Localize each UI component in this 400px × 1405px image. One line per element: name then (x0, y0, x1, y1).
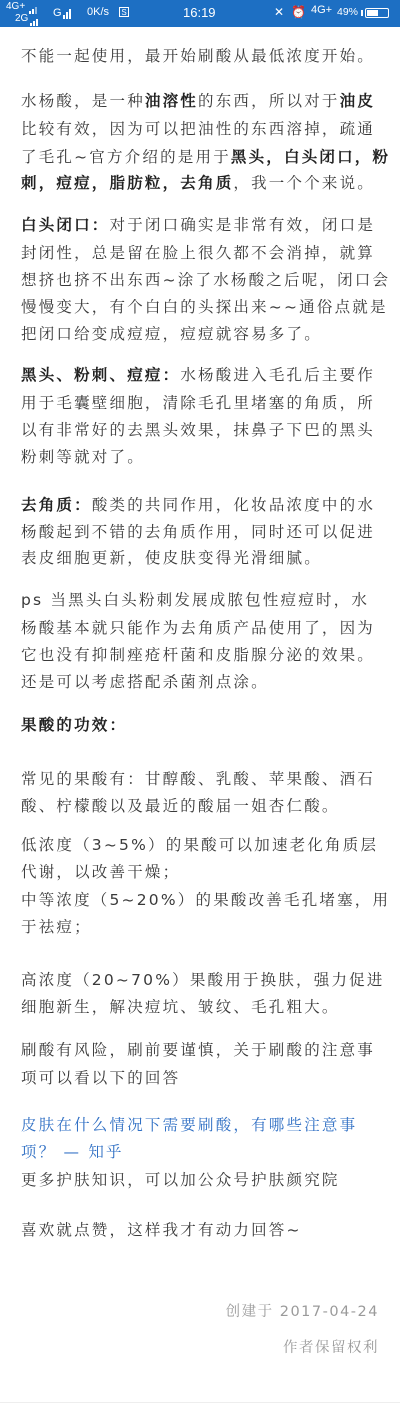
paragraph-5-line-1: 杨酸基本就只能作为去角质产品使用了，因为 (21, 618, 391, 638)
paragraph-5-line-2: 它也没有抑制痤疮杆菌和皮脂腺分泌的效果。 (21, 645, 391, 665)
text: 水杨酸，是一种 (21, 92, 145, 110)
bold-text: 油皮 (340, 92, 375, 110)
paragraph-9-line-0: 中等浓度（5~20%）的果酸改善毛孔堵塞，用 (21, 890, 391, 910)
paragraph-3-line-0: 黑头、粉刺、痘痘：水杨酸进入毛孔后主要作 (21, 365, 391, 385)
text: 常见的果酸有：甘醇酸、乳酸、苹果酸、酒石 (21, 770, 375, 788)
paragraph-4-line-2: 表皮细胞更新，使皮肤变得光滑细腻。 (21, 548, 391, 568)
paragraph-9-line-1: 于祛痘； (21, 917, 391, 937)
text: 酸类的共同作用，化妆品浓度中的水 (92, 496, 375, 514)
text: 不能一起使用，最开始刷酸从最低浓度开始。 (21, 47, 375, 65)
paragraph-8-line-1: 代谢，以改善干燥； (21, 862, 391, 882)
text: 还是可以考虑搭配杀菌剂点涂。 (21, 673, 269, 691)
mute-icon: ✕ (274, 5, 284, 19)
closing-text-like: 喜欢就点赞，这样我才有动力回答~ (21, 1220, 391, 1240)
text: 代谢，以改善干燥； (21, 863, 180, 881)
zhihu-link-line-2[interactable]: 项？ — 知乎 (21, 1142, 391, 1162)
copyright-notice: 作者保留权利 (283, 1336, 379, 1357)
bold-text: 黑头，白头闭口，粉 (231, 148, 390, 166)
paragraph-6-line-0: 果酸的功效： (21, 715, 391, 735)
battery-percent: 49% (337, 6, 358, 18)
paragraph-1-line-3: 刺，痘痘，脂肪粒，去角质，我一个个来说。 (21, 173, 391, 193)
paragraph-0-line-0: 不能一起使用，最开始刷酸从最低浓度开始。 (21, 46, 391, 66)
bold-text: 黑头、粉刺、痘痘： (21, 366, 180, 384)
battery-icon (365, 8, 389, 18)
text: 高浓度（20~70%）果酸用于换肤，强力促进 (21, 971, 385, 989)
paragraph-2-line-2: 想挤也挤不出东西~涂了水杨酸之后呢，闭口会 (21, 270, 391, 290)
paragraph-8-line-0: 低浓度（3~5%）的果酸可以加速老化角质层 (21, 835, 391, 855)
paragraph-1-line-0: 水杨酸，是一种油溶性的东西，所以对于油皮 (21, 91, 391, 111)
text: 于祛痘； (21, 918, 92, 936)
paragraph-2-line-3: 慢慢变大，有个白白的头探出来~~通俗点就是 (21, 297, 391, 317)
text: 酸、柠檬酸以及最近的酸届一姐杏仁酸。 (21, 797, 340, 815)
paragraph-1-line-2: 了毛孔~官方介绍的是用于黑头，白头闭口，粉 (21, 147, 391, 167)
paragraph-5-line-3: 还是可以考虑搭配杀菌剂点涂。 (21, 672, 391, 692)
signal-icon-3 (63, 7, 72, 19)
paragraph-3-line-1: 用于毛囊壁细胞，清除毛孔里堵塞的角质，所 (21, 393, 391, 413)
paragraph-11-line-0: 刷酸有风险，刷前要谨慎，关于刷酸的注意事 (21, 1040, 391, 1060)
text: 低浓度（3~5%）的果酸可以加速老化角质层 (21, 836, 378, 854)
text: 把闭口给变成痘痘，痘痘就容易多了。 (21, 325, 322, 343)
text: 杨酸起到不错的去角质作用，同时还可以促进 (21, 523, 375, 541)
bold-text: 刺，痘痘，脂肪粒，去角质 (21, 174, 233, 192)
zhihu-link-line-1[interactable]: 皮肤在什么情况下需要刷酸，有哪些注意事 (21, 1115, 391, 1135)
text: ，我一个个来说。 (233, 174, 375, 192)
text: 封闭性，总是留在脸上很久都不会消掉，就算 (21, 244, 375, 262)
clock: 16:19 (183, 5, 216, 20)
text: 水杨酸进入毛孔后主要作 (180, 366, 375, 384)
text: 它也没有抑制痤疮杆菌和皮脂腺分泌的效果。 (21, 646, 375, 664)
text: 对于闭口确实是非常有效，闭口是 (110, 216, 376, 234)
paragraph-10-line-1: 细胞新生，解决痘坑、皱纹、毛孔粗大。 (21, 997, 391, 1017)
text: 刷酸有风险，刷前要谨慎，关于刷酸的注意事 (21, 1041, 375, 1059)
text: 表皮细胞更新，使皮肤变得光滑细腻。 (21, 549, 322, 567)
bold-text: 白头闭口： (21, 216, 110, 234)
network-speed: 0K/s (87, 6, 109, 18)
paragraph-4-line-0: 去角质：酸类的共同作用，化妆品浓度中的水 (21, 495, 391, 515)
text: 比较有效，因为可以把油性的东西溶掉，疏通 (21, 120, 375, 138)
text: 中等浓度（5~20%）的果酸改善毛孔堵塞，用 (21, 891, 390, 909)
paragraph-5-line-0: ps 当黑头白头粉刺发展成脓包性痘痘时，水 (21, 590, 391, 610)
text: ps 当黑头白头粉刺发展成脓包性痘痘时，水 (21, 591, 369, 609)
paragraph-11-line-1: 项可以看以下的回答 (21, 1068, 391, 1088)
text: 想挤也挤不出东西~涂了水杨酸之后呢，闭口会 (21, 271, 390, 289)
paragraph-4-line-1: 杨酸起到不错的去角质作用，同时还可以促进 (21, 522, 391, 542)
signal-icon-2 (30, 14, 39, 26)
app-notification-icon: S (119, 7, 129, 17)
bottom-divider (0, 1402, 400, 1403)
network-g-label: G (53, 7, 62, 19)
created-date: 创建于 2017-04-24 (226, 1300, 379, 1321)
paragraph-2-line-0: 白头闭口：对于闭口确实是非常有效，闭口是 (21, 215, 391, 235)
bold-text: 去角质： (21, 496, 92, 514)
text: 以有非常好的去黑头效果，抹鼻子下巴的黑头 (21, 421, 375, 439)
paragraph-7-line-1: 酸、柠檬酸以及最近的酸届一姐杏仁酸。 (21, 796, 391, 816)
paragraph-2-line-4: 把闭口给变成痘痘，痘痘就容易多了。 (21, 324, 391, 344)
closing-text-follow: 更多护肤知识，可以加公众号护肤颜究院 (21, 1170, 391, 1190)
status-bar: 4G+ 2G G 0K/s S 16:19 ✕ ⏰ 4G+ 49% (0, 0, 400, 27)
network-2g-label: 2G (15, 13, 28, 24)
paragraph-2-line-1: 封闭性，总是留在脸上很久都不会消掉，就算 (21, 243, 391, 263)
bold-text: 油溶性 (145, 92, 198, 110)
alarm-icon: ⏰ (291, 5, 306, 19)
bold-text: 果酸的功效： (21, 716, 127, 734)
battery-tip (361, 10, 363, 16)
text: 杨酸基本就只能作为去角质产品使用了，因为 (21, 619, 375, 637)
text: 的东西，所以对于 (198, 92, 340, 110)
text: 慢慢变大，有个白白的头探出来~~通俗点就是 (21, 298, 388, 316)
paragraph-1-line-1: 比较有效，因为可以把油性的东西溶掉，疏通 (21, 119, 391, 139)
text: 用于毛囊壁细胞，清除毛孔里堵塞的角质，所 (21, 394, 375, 412)
paragraph-3-line-2: 以有非常好的去黑头效果，抹鼻子下巴的黑头 (21, 420, 391, 440)
text: 细胞新生，解决痘坑、皱纹、毛孔粗大。 (21, 998, 340, 1016)
paragraph-10-line-0: 高浓度（20~70%）果酸用于换肤，强力促进 (21, 970, 391, 990)
text: 粉刺等就对了。 (21, 448, 145, 466)
paragraph-3-line-3: 粉刺等就对了。 (21, 447, 391, 467)
text: 项可以看以下的回答 (21, 1069, 180, 1087)
network-4g-label: 4G+ (6, 1, 25, 12)
network-4g-plus-label: 4G+ (311, 4, 332, 16)
paragraph-7-line-0: 常见的果酸有：甘醇酸、乳酸、苹果酸、酒石 (21, 769, 391, 789)
text: 了毛孔~官方介绍的是用于 (21, 148, 231, 166)
signal-icon-1 (29, 2, 38, 14)
